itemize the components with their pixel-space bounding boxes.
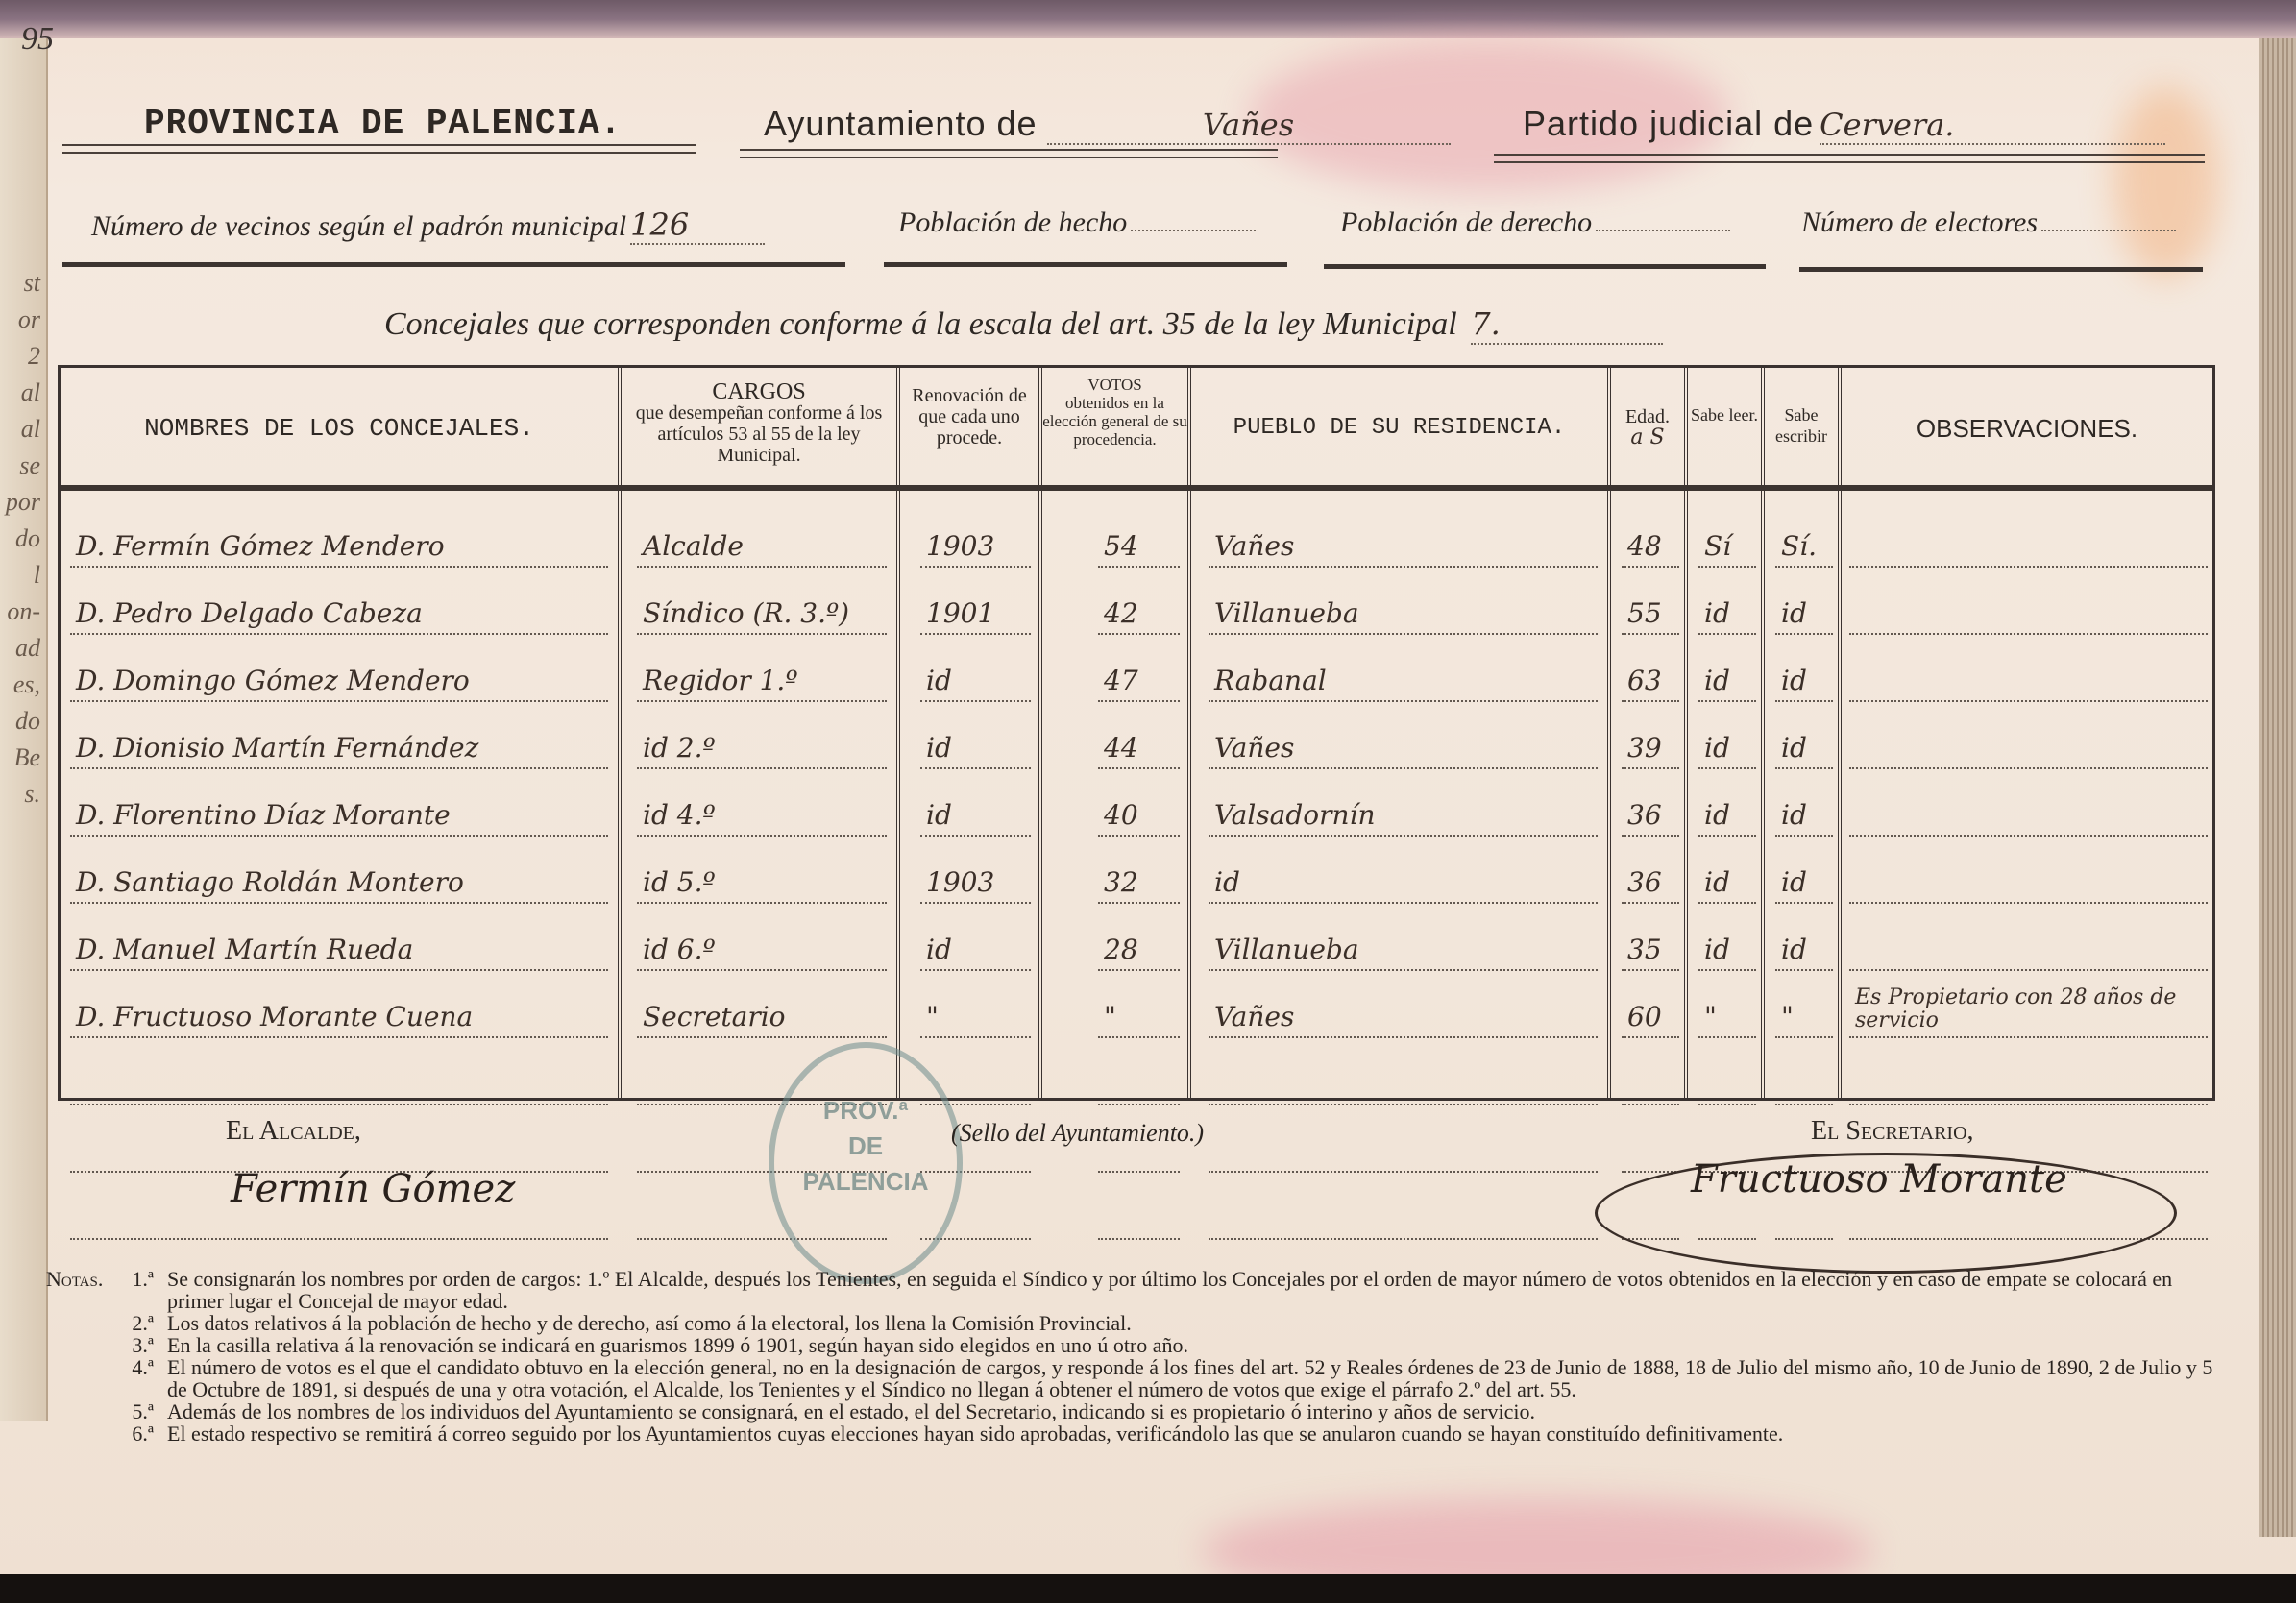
cell-renovacion: 1903 bbox=[926, 866, 994, 898]
cell-cargo: id 4.º bbox=[643, 799, 716, 831]
secretario-label: El Secretario, bbox=[1811, 1116, 1974, 1147]
cell-cargo: Regidor 1.º bbox=[643, 665, 797, 696]
rule bbox=[62, 144, 696, 154]
row-rule bbox=[70, 1238, 608, 1240]
cell-nombre: D. Dionisio Martín Fernández bbox=[76, 732, 478, 764]
electores-field: Número de electores bbox=[1801, 206, 2176, 239]
adjacent-page-text: do bbox=[0, 524, 46, 561]
cell-escribir: id bbox=[1781, 934, 1807, 965]
cell-nombre: D. Fructuoso Morante Cuena bbox=[76, 1001, 473, 1032]
adjacent-page-edge: stor2alalsepordolon-ades,doBes. bbox=[0, 38, 48, 1421]
concejales-table: NOMBRES DE LOS CONCEJALES. CARGOS que de… bbox=[58, 365, 2215, 1101]
header-nombres: NOMBRES DE LOS CONCEJALES. bbox=[61, 418, 618, 439]
poblacion-hecho-field: Población de hecho bbox=[898, 206, 1256, 239]
header-votos: VOTOS obtenidos en la elección general d… bbox=[1042, 376, 1187, 449]
cell-edad: 36 bbox=[1627, 866, 1662, 898]
sello-label: (Sello del Ayuntamiento.) bbox=[951, 1119, 1204, 1148]
cell-cargo: id 6.º bbox=[643, 934, 716, 965]
document-page: stor2alalsepordolon-ades,doBes. 95 PROVI… bbox=[0, 0, 2296, 1603]
cell-renovacion: " bbox=[926, 1001, 939, 1032]
cell-leer: id bbox=[1704, 597, 1730, 629]
cell-leer: " bbox=[1704, 1001, 1717, 1032]
cell-leer: id bbox=[1704, 866, 1730, 898]
table-row: D. Fermín Gómez MenderoAlcalde190354Vañe… bbox=[61, 495, 2212, 568]
header-renovacion: Renovación de que cada uno procede. bbox=[900, 385, 1038, 449]
adjacent-page-text: al bbox=[0, 415, 46, 451]
cell-cargo: Secretario bbox=[643, 1001, 786, 1032]
cell-pueblo: id bbox=[1214, 866, 1240, 898]
cell-renovacion: id bbox=[926, 934, 952, 965]
alcalde-label: El Alcalde, bbox=[226, 1116, 361, 1147]
table-row: D. Pedro Delgado CabezaSíndico (R. 3.º)1… bbox=[61, 562, 2212, 635]
note-item: 2.ªLos datos relativos á la población de… bbox=[48, 1312, 2219, 1334]
cell-cargo: id 5.º bbox=[643, 866, 716, 898]
cell-nombre: D. Florentino Díaz Morante bbox=[76, 799, 451, 831]
cell-edad: 63 bbox=[1627, 665, 1662, 696]
adjacent-page-text: ad bbox=[0, 634, 46, 670]
notes-label: Notas. bbox=[46, 1268, 103, 1290]
concejales-subtitle: Concejales que corresponden conforme á l… bbox=[384, 305, 1663, 345]
note-item: 6.ªEl estado respectivo se remitirá á co… bbox=[48, 1422, 2219, 1445]
folio-number: 95 bbox=[21, 21, 54, 58]
cell-nombre: D. Santiago Roldán Montero bbox=[76, 866, 464, 898]
cell-votos: 47 bbox=[1104, 665, 1138, 696]
cell-escribir: id bbox=[1781, 665, 1807, 696]
adjacent-page-text: or bbox=[0, 305, 46, 342]
rule bbox=[62, 262, 845, 267]
adjacent-page-text: se bbox=[0, 451, 46, 488]
rule bbox=[740, 149, 1278, 158]
cell-escribir: id bbox=[1781, 732, 1807, 764]
note-number: 2.ª bbox=[48, 1312, 167, 1334]
cell-renovacion: 1903 bbox=[926, 530, 994, 562]
cell-pueblo: Vañes bbox=[1214, 732, 1294, 764]
cell-leer: id bbox=[1704, 799, 1730, 831]
note-number: 6.ª bbox=[48, 1422, 167, 1445]
cell-edad: 35 bbox=[1627, 934, 1662, 965]
table-row: D. Domingo Gómez MenderoRegidor 1.ºid47R… bbox=[61, 629, 2212, 702]
cell-votos: 54 bbox=[1104, 530, 1138, 562]
cell-edad: 48 bbox=[1627, 530, 1662, 562]
header-edad: Edad. a S bbox=[1611, 406, 1684, 449]
cell-pueblo: Villanueba bbox=[1214, 597, 1359, 629]
page-top-edge bbox=[0, 0, 2296, 38]
note-number: 5.ª bbox=[48, 1400, 167, 1422]
note-item: 5.ªAdemás de los nombres de los individu… bbox=[48, 1400, 2219, 1422]
rule bbox=[1799, 267, 2203, 272]
rule bbox=[1324, 264, 1766, 269]
cell-votos: " bbox=[1104, 1001, 1116, 1032]
note-item: 3.ªEn la casilla relativa á la renovació… bbox=[48, 1334, 2219, 1356]
table-row: D. Santiago Roldán Monteroid 5.º190332id… bbox=[61, 831, 2212, 904]
rule bbox=[1494, 154, 2205, 163]
province-title: PROVINCIA DE PALENCIA. bbox=[144, 104, 622, 143]
adjacent-page-text: s. bbox=[0, 780, 46, 816]
vecinos-value: 126 bbox=[630, 206, 689, 243]
adjacent-page-text: al bbox=[0, 378, 46, 415]
header-observaciones: OBSERVACIONES. bbox=[1842, 418, 2212, 439]
cell-votos: 40 bbox=[1104, 799, 1138, 831]
cell-edad: 60 bbox=[1627, 1001, 1662, 1032]
adjacent-page-text: do bbox=[0, 707, 46, 743]
cell-leer: id bbox=[1704, 732, 1730, 764]
cell-pueblo: Vañes bbox=[1214, 530, 1294, 562]
cell-escribir: id bbox=[1781, 799, 1807, 831]
page-stack-edge bbox=[2259, 38, 2296, 1537]
cell-renovacion: id bbox=[926, 665, 952, 696]
partido-value: Cervera. bbox=[1820, 107, 1954, 143]
cell-renovacion: id bbox=[926, 732, 952, 764]
adjacent-page-text: por bbox=[0, 488, 46, 524]
note-text: En la casilla relativa á la renovación s… bbox=[167, 1334, 2219, 1356]
cell-cargo: Síndico (R. 3.º) bbox=[643, 597, 849, 629]
table-row: D. Florentino Díaz Moranteid 4.ºid40Vals… bbox=[61, 764, 2212, 837]
cell-renovacion: id bbox=[926, 799, 952, 831]
note-item: 1.ªSe consignarán los nombres por orden … bbox=[48, 1268, 2219, 1312]
cell-cargo: Alcalde bbox=[643, 530, 744, 562]
header-pueblo: PUEBLO DE SU RESIDENCIA. bbox=[1191, 418, 1607, 439]
table-row: D. Dionisio Martín Fernándezid 2.ºid44Va… bbox=[61, 696, 2212, 769]
adjacent-page-text: l bbox=[0, 561, 46, 597]
cell-leer: id bbox=[1704, 934, 1730, 965]
cell-votos: 42 bbox=[1104, 597, 1138, 629]
cell-pueblo: Villanueba bbox=[1214, 934, 1359, 965]
note-text: El estado respectivo se remitirá á corre… bbox=[167, 1422, 2219, 1445]
adjacent-page-text: st bbox=[0, 269, 46, 305]
background-dark bbox=[0, 1574, 2296, 1603]
note-text: Los datos relativos á la población de he… bbox=[167, 1312, 2219, 1334]
cell-leer: id bbox=[1704, 665, 1730, 696]
cell-pueblo: Vañes bbox=[1214, 1001, 1294, 1032]
note-text: Se consignarán los nombres por orden de … bbox=[167, 1268, 2219, 1312]
cell-escribir: id bbox=[1781, 597, 1807, 629]
ayuntamiento-field: Ayuntamiento de Vañes bbox=[764, 104, 1451, 145]
header-sabe-escribir: Sabe escribir bbox=[1765, 404, 1838, 447]
concejales-count: 7. bbox=[1471, 305, 1501, 342]
adjacent-page-text: Be bbox=[0, 743, 46, 780]
cell-pueblo: Valsadornín bbox=[1214, 799, 1376, 831]
row-rule bbox=[1209, 1238, 1598, 1240]
adjacent-page-text: es, bbox=[0, 670, 46, 707]
table-row: D. Fructuoso Morante CuenaSecretario""Va… bbox=[61, 965, 2212, 1038]
secretario-signature: Fructuoso Morante bbox=[1691, 1157, 2067, 1202]
cell-edad: 36 bbox=[1627, 799, 1662, 831]
cell-votos: 28 bbox=[1104, 934, 1138, 965]
provincial-seal: PROV.ª DE PALENCIA bbox=[769, 1042, 963, 1284]
alcalde-signature: Fermín Gómez bbox=[231, 1167, 515, 1211]
cell-leer: Sí bbox=[1704, 530, 1731, 562]
adjacent-page-text: 2 bbox=[0, 342, 46, 378]
poblacion-derecho-field: Población de derecho bbox=[1340, 206, 1730, 239]
cell-renovacion: 1901 bbox=[926, 597, 994, 629]
adjacent-page-text: on- bbox=[0, 597, 46, 634]
cell-nombre: D. Fermín Gómez Mendero bbox=[76, 530, 445, 562]
note-item: 4.ªEl número de votos es el que el candi… bbox=[48, 1356, 2219, 1400]
note-text: El número de votos es el que el candidat… bbox=[167, 1356, 2219, 1400]
cell-escribir: Sí. bbox=[1781, 530, 1817, 562]
note-text: Además de los nombres de los individuos … bbox=[167, 1400, 2219, 1422]
rule bbox=[884, 262, 1287, 267]
header-cargos: CARGOS que desempeñan conforme á los art… bbox=[622, 381, 896, 466]
note-number: 4.ª bbox=[48, 1356, 167, 1400]
cell-escribir: id bbox=[1781, 866, 1807, 898]
ayuntamiento-value: Vañes bbox=[1203, 107, 1294, 143]
header-separator bbox=[61, 485, 2212, 491]
notes-section: Notas. 1.ªSe consignarán los nombres por… bbox=[48, 1268, 2219, 1445]
cell-edad: 55 bbox=[1627, 597, 1662, 629]
cell-observaciones: Es Propietario con 28 años de servicio bbox=[1855, 986, 2201, 1032]
row-rule bbox=[1098, 1238, 1180, 1240]
cell-nombre: D. Manuel Martín Rueda bbox=[76, 934, 413, 965]
table-row: D. Manuel Martín Ruedaid 6.ºid28Villanue… bbox=[61, 898, 2212, 971]
cell-edad: 39 bbox=[1627, 732, 1662, 764]
cell-nombre: D. Pedro Delgado Cabeza bbox=[76, 597, 423, 629]
cell-pueblo: Rabanal bbox=[1214, 665, 1327, 696]
header-sabe-leer: Sabe leer. bbox=[1688, 404, 1761, 425]
cell-nombre: D. Domingo Gómez Mendero bbox=[76, 665, 470, 696]
partido-field: Partido judicial de Cervera. bbox=[1523, 104, 2165, 145]
note-number: 3.ª bbox=[48, 1334, 167, 1356]
cell-escribir: " bbox=[1781, 1001, 1794, 1032]
cell-votos: 32 bbox=[1104, 866, 1138, 898]
cell-cargo: id 2.º bbox=[643, 732, 716, 764]
cell-votos: 44 bbox=[1104, 732, 1138, 764]
empty-table-row bbox=[61, 1032, 2212, 1105]
vecinos-field: Número de vecinos según el padrón munici… bbox=[91, 206, 765, 245]
